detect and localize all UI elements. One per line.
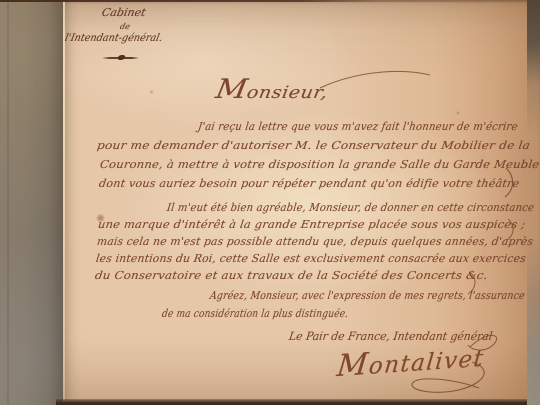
letter-line: Couronne, à mettre à votre disposition l…: [99, 158, 540, 171]
letter-line: de ma considération la plus distinguée.: [161, 307, 349, 320]
letterhead-ornament-rule: [102, 56, 139, 59]
table-edge-right: [527, 0, 540, 405]
foxing-spot: [149, 90, 154, 94]
table-crease-line: [7, 0, 9, 405]
letter-line: Agréez, Monsieur, avec l'expression de m…: [209, 289, 526, 302]
table-background-strip: [0, 0, 64, 405]
letter-line: pour me demander d'autoriser M. le Conse…: [96, 139, 531, 152]
letter-photo-scene: Cabinet de l'Intendant-général. Monsieur…: [0, 0, 540, 405]
letter-line: dont vous auriez besoin pour répéter pen…: [98, 177, 520, 190]
letter-line: Il m'eut été bien agréable, Monsieur, de…: [166, 201, 535, 214]
salutation: Monsieur,: [213, 74, 331, 105]
ornament-center-dot: [117, 55, 126, 60]
foxing-spot: [456, 111, 460, 115]
letter-line: les intentions du Roi, cette Salle est e…: [95, 252, 527, 265]
photo-top-edge: [0, 0, 540, 2]
photo-bottom-edge: [56, 399, 540, 405]
letter-line: du Conservatoire et aux travaux de la So…: [94, 269, 488, 282]
letterhead-office-line2: de: [119, 22, 131, 31]
letterhead-office-line3: l'Intendant-général.: [64, 32, 164, 44]
letter-line: une marque d'intérêt à la grande Entrepr…: [97, 218, 526, 231]
letter-line: mais cela ne m'est pas possible attendu …: [96, 235, 534, 248]
letter-line: J'ai reçu la lettre que vous m'avez fait…: [197, 120, 518, 133]
letterhead-office-line1: Cabinet: [101, 6, 147, 19]
